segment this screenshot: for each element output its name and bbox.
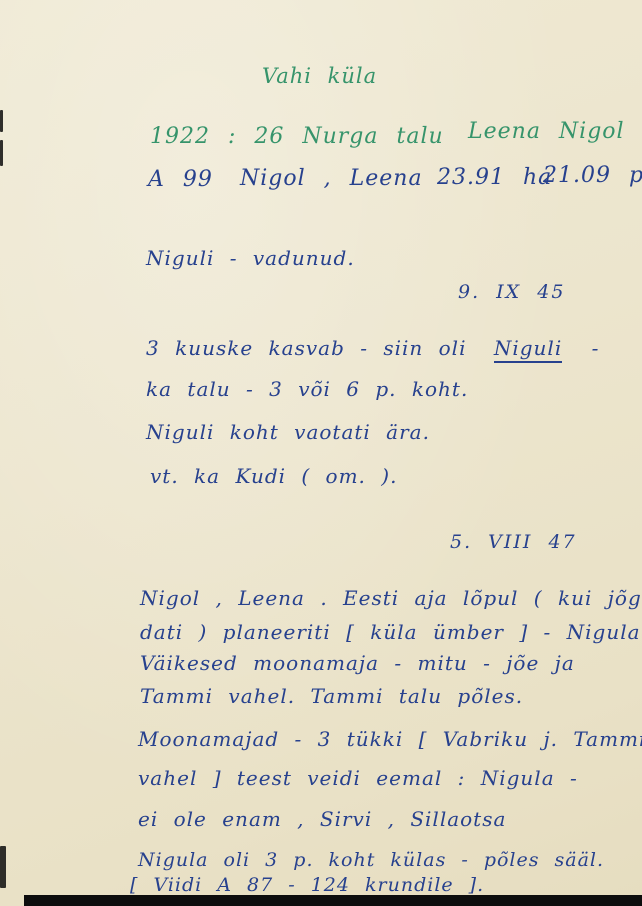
note1945-line4: vt. ka Kudi ( om. ).	[150, 464, 397, 488]
note1945-underlined-niguli: Niguli	[494, 336, 562, 363]
note1947-para1-line2: dati ) planeeriti [ küla ümber ] - Nigul…	[140, 620, 642, 644]
record-name: Nigol , Leena	[240, 166, 423, 191]
scan-artifact-bottom-bar	[24, 895, 642, 906]
note1945-line1-dash: -	[592, 336, 600, 360]
note1947-para2-line1: Moonamajad - 3 tükki [ Vabriku j. Tammi	[138, 727, 642, 751]
note1947-para2-line3: ei ole enam , Sirvi , Sillaotsa	[138, 807, 506, 831]
note1945-line1-pre: 3 kuuske kasvab - siin oli	[146, 336, 466, 360]
registry-ref-and-farm: 1922 : 26 Nurga talu	[150, 124, 444, 149]
scan-artifact-bottom-left-mark	[0, 846, 6, 888]
record-code: A 99	[148, 167, 213, 192]
registry-person: Leena Nigol	[468, 119, 625, 144]
note1945-line2: ka talu - 3 või 6 p. koht.	[146, 377, 468, 401]
scan-artifact-left-fleck-2	[0, 140, 3, 166]
note1945-date: 9. IX 45	[458, 281, 565, 303]
note1947-para2-line2: vahel ] teest veidi eemal : Nigula -	[138, 766, 578, 790]
note1947-date: 5. VIII 47	[450, 531, 577, 553]
note1947-para2-line4: Nigula oli 3 p. koht külas - põles sääl.	[138, 849, 604, 871]
record-points: 21.09 p.	[543, 163, 642, 188]
note1947-para1-line4: Tammi vahel. Tammi talu põles.	[140, 684, 523, 708]
note1947-para1-line1: Nigol , Leena . Eesti aja lõpul ( kui jõ…	[140, 586, 642, 610]
note1947-para1-line3: Väikesed moonamaja - mitu - jõe ja	[140, 651, 575, 675]
note1945-line1: 3 kuuske kasvab - siin oli Niguli -	[146, 336, 599, 363]
note1945-status: Niguli - vadunud.	[146, 246, 355, 270]
scanned-archive-card: Vahi küla 1922 : 26 Nurga talu Leena Nig…	[0, 0, 642, 906]
village-heading: Vahi küla	[262, 64, 377, 88]
scan-artifact-left-fleck-1	[0, 110, 3, 132]
note1945-line3: Niguli koht vaotati ära.	[146, 420, 430, 444]
note1947-para2-line5: [ Viidi A 87 - 124 krundile ].	[130, 874, 484, 896]
record-area: 23.91 ha	[437, 165, 552, 190]
